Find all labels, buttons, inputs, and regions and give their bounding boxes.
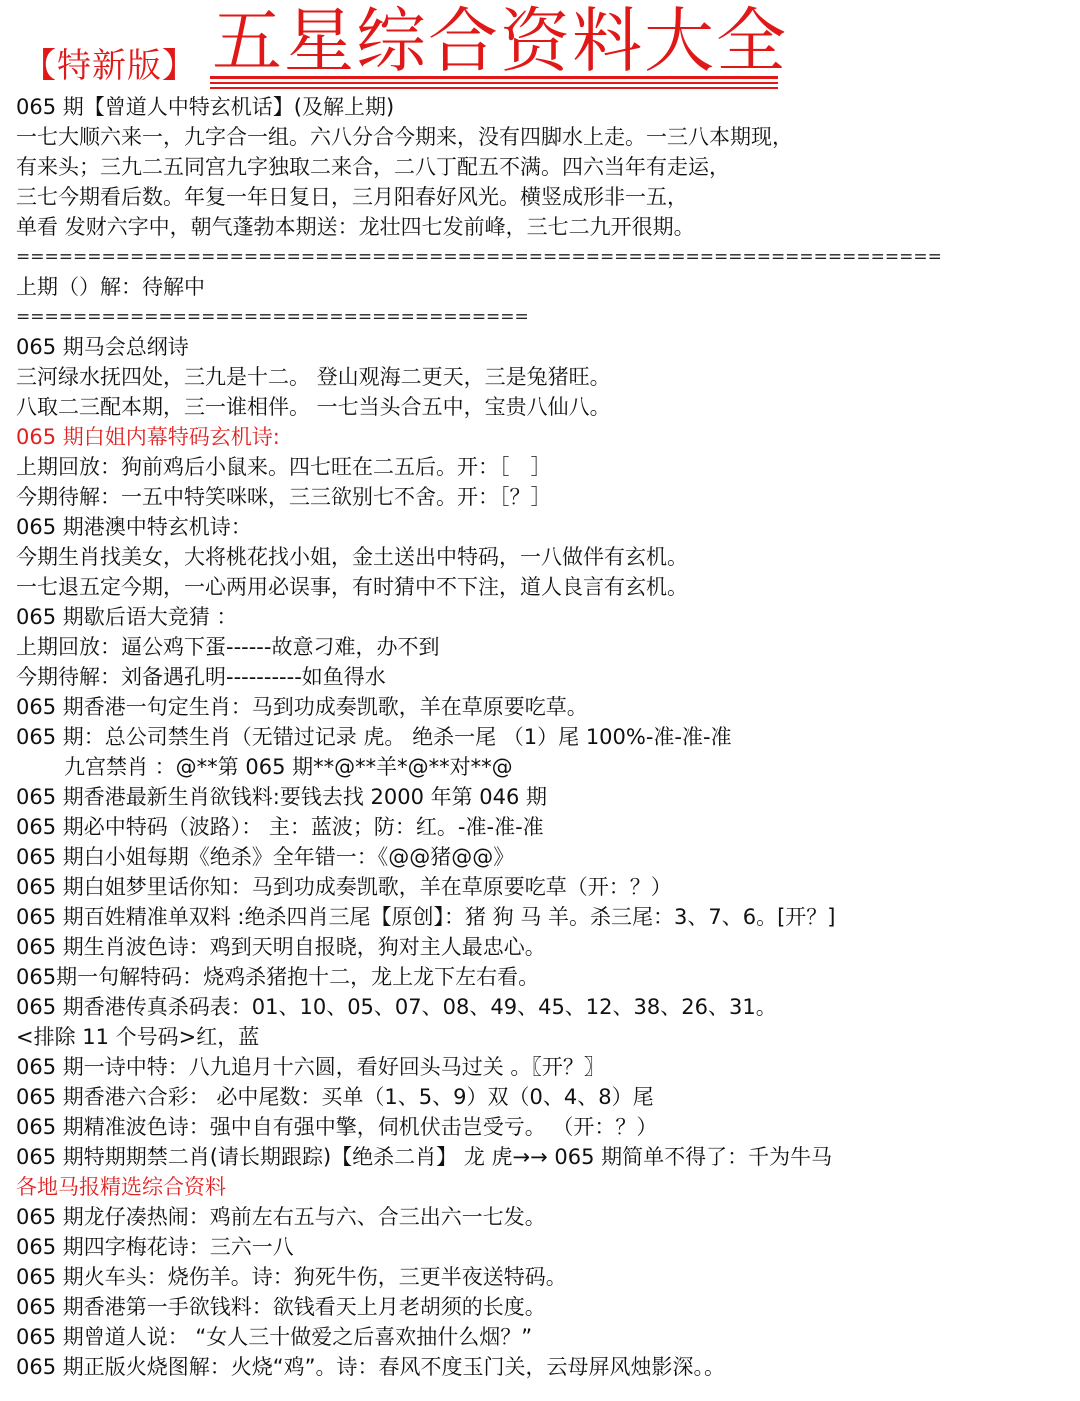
poem-line: 一七退五定今期，一心两用必误事，有时猜中不下注，道人良言有玄机。 xyxy=(16,572,1066,602)
title-underline xyxy=(210,82,778,84)
text-line: 065 期：总公司禁生肖（无错过记录 虎。 绝杀一尾 （1）尾 100%-准-准… xyxy=(16,722,1066,752)
text-line: 065 期白小姐每期《绝杀》全年错一：《@@猪@@》 xyxy=(16,842,1066,872)
poem-line: 三七今期看后数。年复一年日复日，三月阳春好风光。横竖成形非一五， xyxy=(16,182,1066,212)
text-line: 065 期火车头：烧伤羊。诗：狗死牛伤，三更半夜送特码。 xyxy=(16,1262,1066,1292)
page-header: 【特新版】 五星综合资料大全 xyxy=(0,0,1080,95)
section-heading: 065 期马会总纲诗 xyxy=(16,332,1066,362)
text-line: 九宫禁肖 ：@**第 065 期**@**羊*@**对**@ xyxy=(16,752,1066,782)
text-line: <排除 11 个号码>红，蓝 xyxy=(16,1022,1066,1052)
section-heading-red: 065 期白姐内幕特码玄机诗: xyxy=(16,422,1066,452)
text-line: 065 期香港传真杀码表：01、10、05、07、08、49、45、12、38、… xyxy=(16,992,1066,1022)
text-line: 065 期生肖波色诗：鸡到天明自报晓，狗对主人最忠心。 xyxy=(16,932,1066,962)
page-title: 五星综合资料大全 xyxy=(212,4,788,78)
document-body: 065 期【曾道人中特玄机话】(及解上期) 一七大顺六来一，九字合一组。六八分合… xyxy=(16,92,1066,1382)
title-underline xyxy=(210,87,778,89)
text-line: 065 期香港第一手欲钱料：欲钱看天上月老胡须的长度。 xyxy=(16,1292,1066,1322)
text-line: 065 期香港六合彩： 必中尾数：买单（1、5、9）双（0、4、8）尾 xyxy=(16,1082,1066,1112)
section-heading: 065 期【曾道人中特玄机话】(及解上期) xyxy=(16,92,1066,122)
text-line: 065 期龙仔凑热闹：鸡前左右五与六、合三出六一七发。 xyxy=(16,1202,1066,1232)
text-line: 065 期香港最新生肖欲钱料:要钱去找 2000 年第 046 期 xyxy=(16,782,1066,812)
title-underline xyxy=(210,76,778,79)
section-heading-red: 各地马报精选综合资料 xyxy=(16,1172,1066,1202)
text-line: 065 期精准波色诗：强中自有强中擎，伺机伏击岂受亏。 （开：？） xyxy=(16,1112,1066,1142)
text-line: 上期回放：逼公鸡下蛋------故意刁难，办不到 xyxy=(16,632,1066,662)
edition-label: 【特新版】 xyxy=(22,38,197,87)
poem-line: 一七大顺六来一，九字合一组。六八分合今期来，没有四脚水上走。一三八本期现， xyxy=(16,122,1066,152)
separator: ========================================… xyxy=(16,242,1066,272)
text-line: 上期回放：狗前鸡后小鼠来。四七旺在二五后。开：［ ］ xyxy=(16,452,1066,482)
text-line: 065 期特期期禁二肖(请长期跟踪)【绝杀二肖】 龙 虎→→ 065 期简单不得… xyxy=(16,1142,1066,1172)
text-line: 今期待解：一五中特笑咪咪，三三欲别七不舍。开：［？］ xyxy=(16,482,1066,512)
poem-line: 三河绿水抚四处，三九是十二。 登山观海二更天，三是兔猪旺。 xyxy=(16,362,1066,392)
poem-line: 八取二三配本期，三一谁相伴。 一七当头合五中，宝贵八仙八。 xyxy=(16,392,1066,422)
text-line: 065 期曾道人说： “女人三十做爱之后喜欢抽什么烟？” xyxy=(16,1322,1066,1352)
text-line: 065期一句解特码：烧鸡杀猪抱十二，龙上龙下左右看。 xyxy=(16,962,1066,992)
text-line: 今期待解：刘备遇孔明----------如鱼得水 xyxy=(16,662,1066,692)
section-heading: 065 期港澳中特玄机诗： xyxy=(16,512,1066,542)
text-line: 065 期香港一句定生肖：马到功成奏凯歌，羊在草原要吃草。 xyxy=(16,692,1066,722)
separator: ==================================== xyxy=(16,302,1066,332)
text-line: 上期（）解：待解中 xyxy=(16,272,1066,302)
poem-line: 今期生肖找美女，大将桃花找小姐，金土送出中特码，一八做伴有玄机。 xyxy=(16,542,1066,572)
text-line: 065 期一诗中特：八九追月十六圆，看好回头马过关 。〖开？〗 xyxy=(16,1052,1066,1082)
text-line: 065 期四字梅花诗：三六一八 xyxy=(16,1232,1066,1262)
text-line: 065 期百姓精准单双料 :绝杀四肖三尾【原创】：猪 狗 马 羊。杀三尾：3、7… xyxy=(16,902,1066,932)
text-line: 065 期白姐梦里话你知：马到功成奏凯歌，羊在草原要吃草（开：？） xyxy=(16,872,1066,902)
poem-line: 有来头；三九二五同宫九字独取二来合，二八丁配五不满。四六当年有走运， xyxy=(16,152,1066,182)
text-line: 065 期正版火烧图解：火烧“鸡”。诗：春风不度玉门关，云母屏风烛影深。。 xyxy=(16,1352,1066,1382)
text-line: 065 期必中特码（波路）： 主：蓝波；防：红。-准-准-准 xyxy=(16,812,1066,842)
section-heading: 065 期歇后语大竞猜 ： xyxy=(16,602,1066,632)
poem-line: 单看 发财六字中，朝气蓬勃本期送：龙壮四七发前峰，三七二九开很期。 xyxy=(16,212,1066,242)
